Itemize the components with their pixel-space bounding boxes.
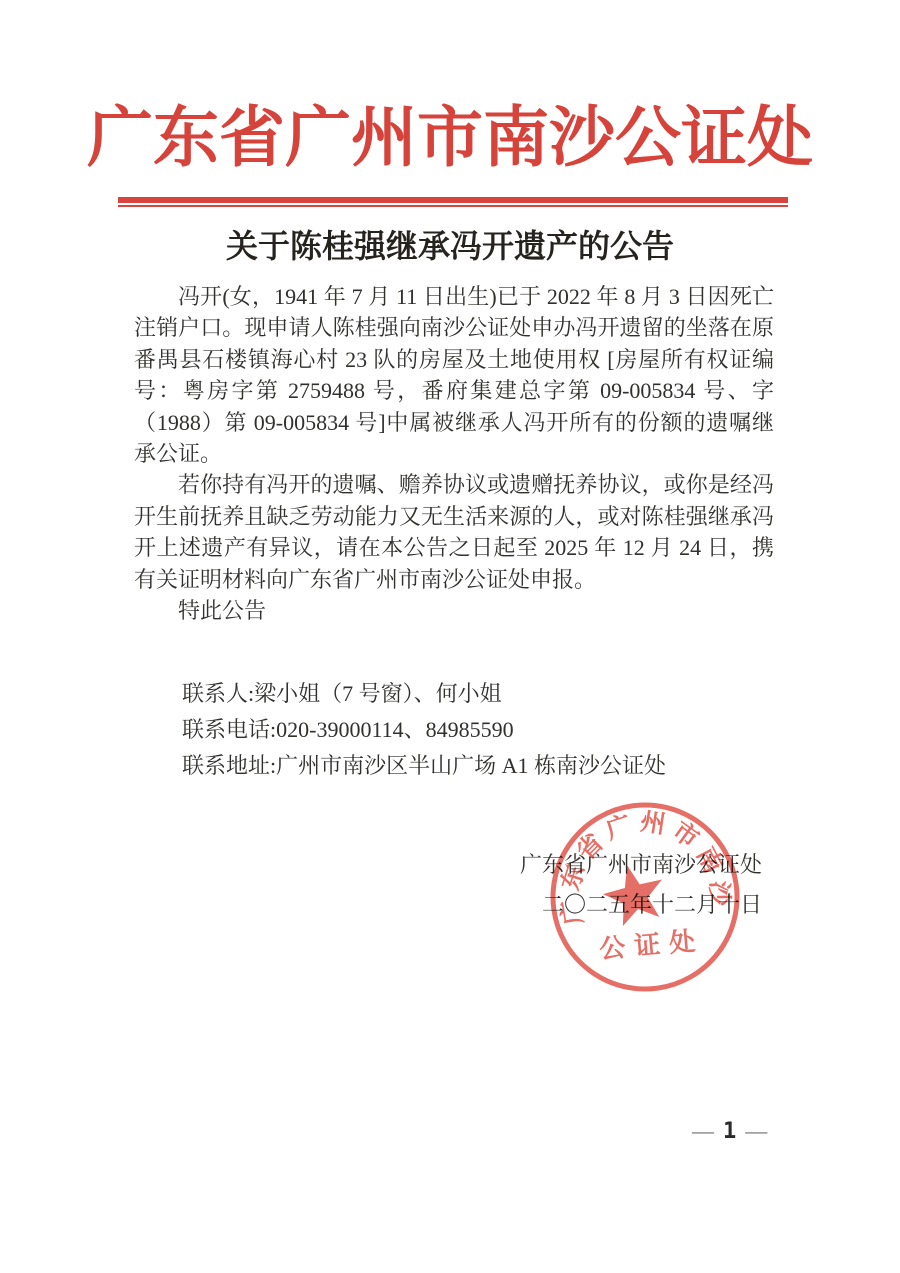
paragraph-2: 若你持有冯开的遗嘱、赡养协议或遗赠抚养协议，或你是经冯开生前抚养且缺乏劳动能力又…	[134, 469, 774, 595]
closing-line: 特此公告	[134, 595, 774, 626]
letterhead-rule-thin	[118, 205, 788, 207]
letterhead-org-title: 广东省广州市南沙公证处	[0, 84, 900, 179]
footer-dash-right: —	[745, 1118, 767, 1144]
signature-org-line: 广东省广州市南沙公证处	[520, 845, 762, 885]
signature-block: 广东省广州市南沙公证处 二〇二五年十二月十日	[520, 845, 762, 925]
document-title: 关于陈桂强继承冯开遗产的公告	[0, 221, 900, 267]
page-footer: — 1 —	[692, 1118, 767, 1144]
paragraph-1: 冯开(女，1941 年 7 月 11 日出生)已于 2022 年 8 月 3 日…	[134, 281, 774, 469]
footer-dash-left: —	[692, 1118, 714, 1144]
contact-block: 联系人:梁小姐（7 号窗）、何小姐 联系电话:020-39000114、8498…	[182, 676, 666, 784]
letterhead-rule	[118, 197, 788, 207]
notice-page: 广东省广州市南沙公证处 关于陈桂强继承冯开遗产的公告 冯开(女，1941 年 7…	[0, 0, 900, 1273]
contact-person-line: 联系人:梁小姐（7 号窗）、何小姐	[182, 676, 666, 712]
signature-date-line: 二〇二五年十二月十日	[520, 885, 762, 925]
document-body: 冯开(女，1941 年 7 月 11 日出生)已于 2022 年 8 月 3 日…	[134, 281, 774, 626]
stamp-bottom-text: 公证处	[598, 926, 705, 964]
contact-address-line: 联系地址:广州市南沙区半山广场 A1 栋南沙公证处	[182, 748, 666, 784]
contact-phone-line: 联系电话:020-39000114、84985590	[182, 712, 666, 748]
page-number: 1	[723, 1119, 736, 1144]
